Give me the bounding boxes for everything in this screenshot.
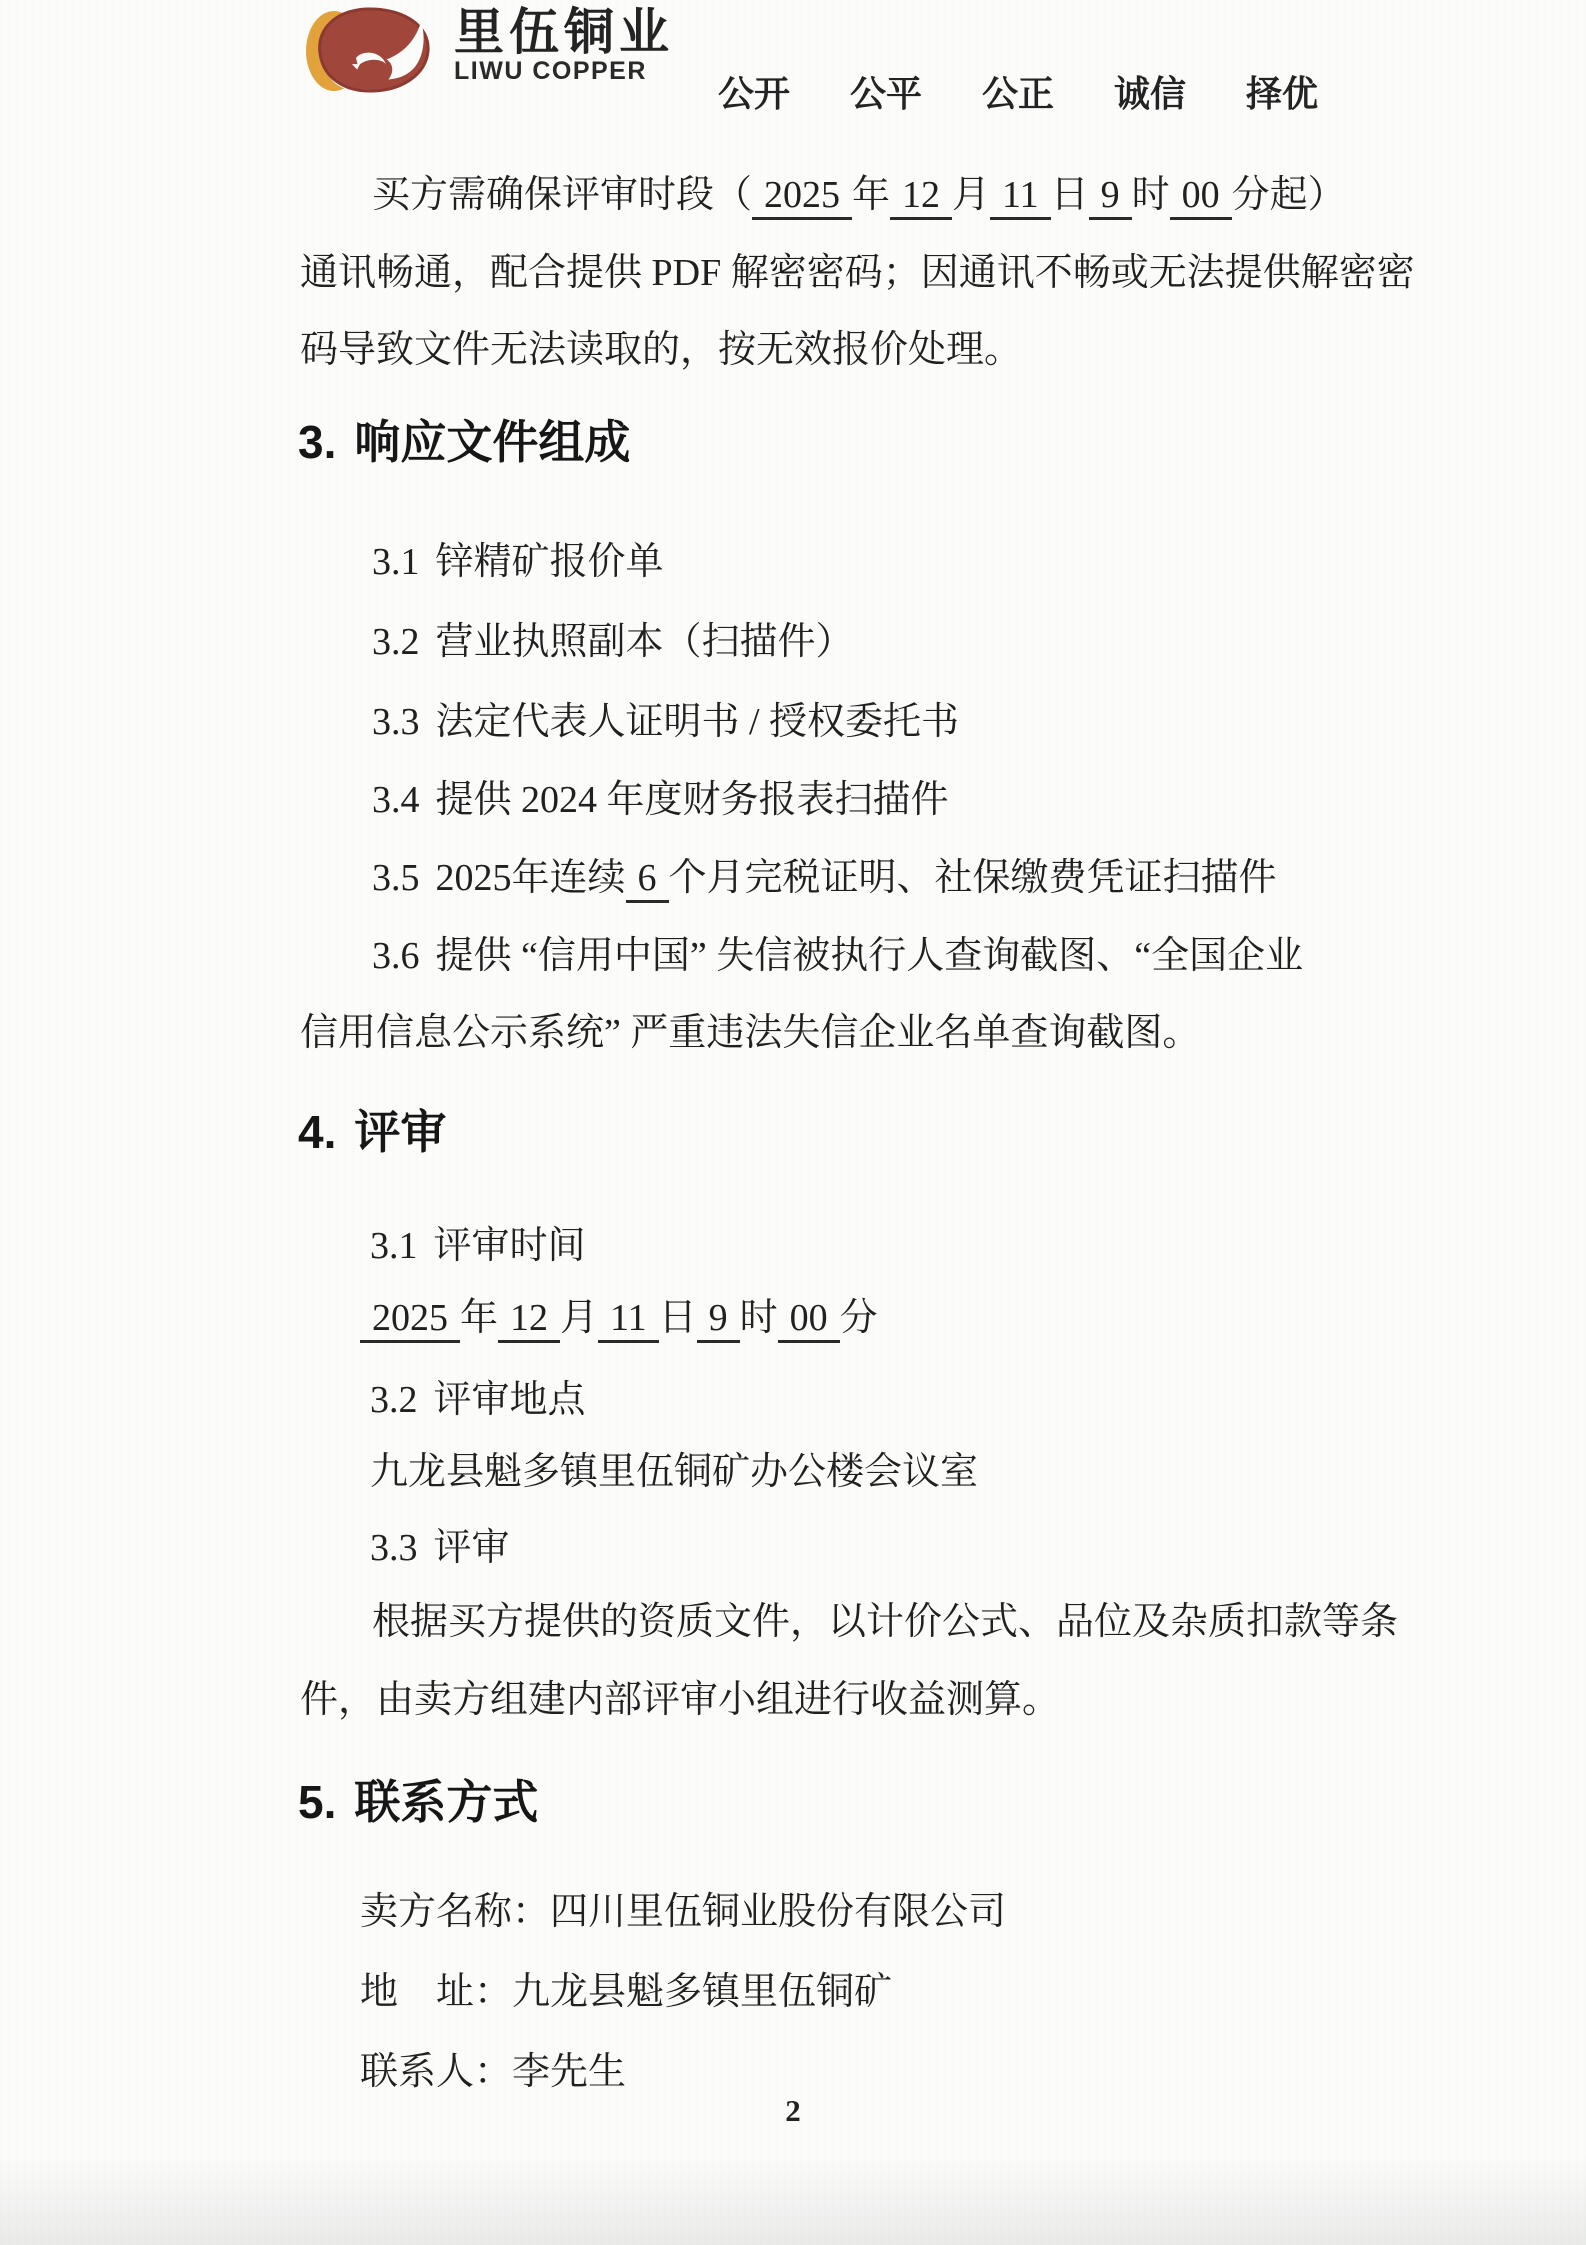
item-text: 个月完税证明、社保缴费凭证扫描件 bbox=[669, 857, 1277, 899]
list-item-3-6-line-2: 信用信息公示系统” 严重违法失信企业名单查询截图。 bbox=[300, 1008, 1200, 1058]
list-item-3-6-line-1: 3.6提供 “信用中国” 失信被执行人查询截图、“全国企业 bbox=[372, 931, 1303, 981]
review-time-label: 3.1评审时间 bbox=[370, 1221, 586, 1271]
item-number: 3.3 bbox=[372, 701, 420, 743]
intro-tail: 分起） bbox=[1232, 174, 1346, 216]
year-label: 年 bbox=[852, 174, 890, 216]
slogan-word: 公开 bbox=[718, 66, 790, 117]
minute-label: 分 bbox=[840, 1297, 878, 1339]
review-body-line-1: 根据买方提供的资质文件，以计价公式、品位及杂质扣款等条 bbox=[372, 1597, 1398, 1647]
time-minute: 00 bbox=[778, 1296, 840, 1343]
time-hour: 9 bbox=[697, 1296, 740, 1343]
slogan-word: 诚信 bbox=[1114, 66, 1186, 117]
list-item-3-1: 3.1锌精矿报价单 bbox=[372, 537, 664, 587]
hour-label: 时 bbox=[740, 1297, 778, 1339]
item-text: 法定代表人证明书 / 授权委托书 bbox=[436, 701, 960, 743]
review-year-value: 2025 bbox=[752, 173, 852, 220]
logo-text: 里伍铜业 LIWU COPPER bbox=[454, 6, 674, 85]
year-label: 年 bbox=[460, 1297, 498, 1339]
section-4-heading: 4.评审 bbox=[298, 1105, 446, 1159]
item-text: 评审 bbox=[434, 1527, 510, 1569]
review-place-label: 3.2评审地点 bbox=[370, 1375, 586, 1425]
section-3-heading: 3.响应文件组成 bbox=[298, 415, 630, 469]
day-label: 日 bbox=[1051, 174, 1089, 216]
document-page: 里伍铜业 LIWU COPPER 公开 公平 公正 诚信 择优 买方需确保评审时… bbox=[0, 0, 1586, 2245]
months-value: 6 bbox=[626, 856, 669, 903]
item-number: 3.2 bbox=[372, 621, 420, 663]
review-minute-value: 00 bbox=[1170, 173, 1232, 220]
list-item-3-5: 3.52025年连续6个月完税证明、社保缴费凭证扫描件 bbox=[372, 853, 1277, 903]
item-text: 提供 “信用中国” 失信被执行人查询截图、“全国企业 bbox=[436, 935, 1304, 977]
review-method-label: 3.3评审 bbox=[370, 1523, 510, 1573]
section-5-heading: 5.联系方式 bbox=[298, 1775, 538, 1829]
logo-name-cn: 里伍铜业 bbox=[454, 6, 674, 58]
section-4-title: 评审 bbox=[354, 1106, 446, 1158]
item-number: 3.6 bbox=[372, 935, 420, 977]
item-text: 营业执照副本（扫描件） bbox=[436, 621, 854, 663]
item-number: 3.1 bbox=[370, 1225, 418, 1267]
item-text: 评审地点 bbox=[434, 1379, 586, 1421]
month-label: 月 bbox=[952, 174, 990, 216]
header-slogan: 公开 公平 公正 诚信 择优 bbox=[718, 66, 1318, 117]
review-month-value: 12 bbox=[890, 173, 952, 220]
section-4-number: 4. bbox=[298, 1106, 336, 1158]
time-year: 2025 bbox=[360, 1296, 460, 1343]
item-number: 3.4 bbox=[372, 779, 420, 821]
day-label: 日 bbox=[659, 1297, 697, 1339]
review-time-value: 2025年12月11日9时00分 bbox=[360, 1293, 878, 1343]
slogan-word: 择优 bbox=[1246, 66, 1318, 117]
list-item-3-4: 3.4提供 2024 年度财务报表扫描件 bbox=[372, 775, 949, 825]
address-line: 地 址：九龙县魁多镇里伍铜矿 bbox=[360, 1967, 892, 2017]
section-5-title: 联系方式 bbox=[354, 1776, 538, 1828]
item-text: 锌精矿报价单 bbox=[436, 541, 664, 583]
section-3-title: 响应文件组成 bbox=[354, 416, 630, 468]
section-3-number: 3. bbox=[298, 416, 336, 468]
slogan-word: 公正 bbox=[982, 66, 1054, 117]
intro-line-1: 买方需确保评审时段（2025年12月11日9时00分起） bbox=[372, 170, 1346, 220]
list-item-3-2: 3.2营业执照副本（扫描件） bbox=[372, 617, 854, 667]
review-hour-value: 9 bbox=[1089, 173, 1132, 220]
contact-person-line: 联系人：李先生 bbox=[360, 2047, 626, 2097]
section-5-number: 5. bbox=[298, 1776, 336, 1828]
company-logo: 里伍铜业 LIWU COPPER bbox=[300, 6, 674, 94]
intro-line-2: 通讯畅通，配合提供 PDF 解密密码；因通讯不畅或无法提供解密密 bbox=[300, 248, 1415, 298]
liwu-copper-logo-icon bbox=[300, 6, 440, 94]
review-day-value: 11 bbox=[990, 173, 1051, 220]
month-label: 月 bbox=[560, 1297, 598, 1339]
page-number: 2 bbox=[785, 2093, 801, 2129]
intro-lead: 买方需确保评审时段（ bbox=[372, 174, 752, 216]
item-number: 3.3 bbox=[370, 1527, 418, 1569]
item-text: 2025年连续 bbox=[436, 857, 626, 899]
list-item-3-3: 3.3法定代表人证明书 / 授权委托书 bbox=[372, 697, 959, 747]
slogan-word: 公平 bbox=[850, 66, 922, 117]
item-text: 提供 2024 年度财务报表扫描件 bbox=[436, 779, 949, 821]
hour-label: 时 bbox=[1132, 174, 1170, 216]
item-text: 评审时间 bbox=[434, 1225, 586, 1267]
item-number: 3.2 bbox=[370, 1379, 418, 1421]
logo-name-en: LIWU COPPER bbox=[454, 58, 674, 85]
review-place-value: 九龙县魁多镇里伍铜矿办公楼会议室 bbox=[370, 1447, 978, 1497]
item-number: 3.5 bbox=[372, 857, 420, 899]
seller-name-line: 卖方名称：四川里伍铜业股份有限公司 bbox=[360, 1887, 1006, 1937]
intro-line-3: 码导致文件无法读取的，按无效报价处理。 bbox=[300, 325, 1022, 375]
time-day: 11 bbox=[598, 1296, 659, 1343]
review-body-line-2: 件，由卖方组建内部评审小组进行收益测算。 bbox=[300, 1675, 1060, 1725]
item-number: 3.1 bbox=[372, 541, 420, 583]
time-month: 12 bbox=[498, 1296, 560, 1343]
